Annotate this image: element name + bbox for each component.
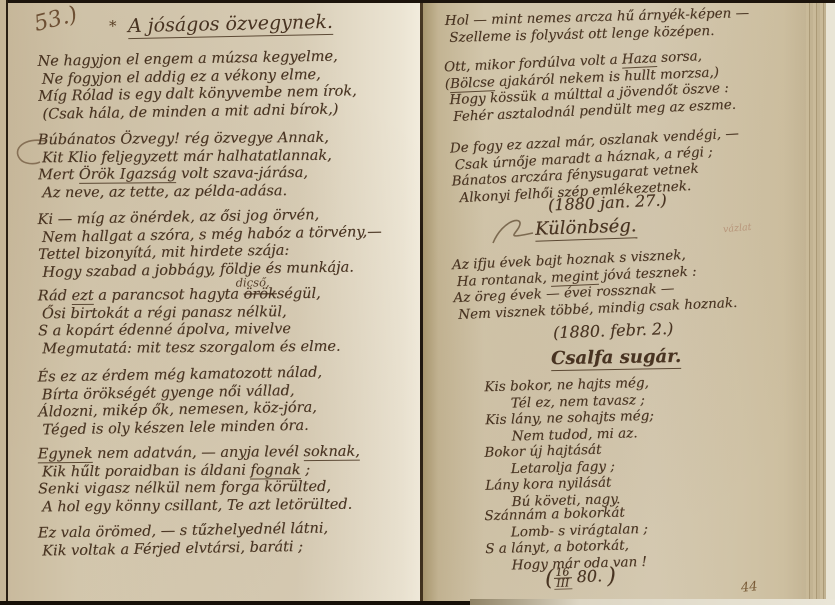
poem-title-csalfa: Csalfa sugár. [551, 346, 682, 369]
page-number: 44 [740, 579, 758, 596]
date-fraction: (16III 80. ) [545, 564, 617, 591]
line-part: Kik hűlt poraidban is áldani [42, 462, 251, 480]
line-part: nem adatván, — anyja levél [92, 444, 303, 462]
scan-edge-top [0, 0, 835, 3]
poem-line: Rád ezt a parancsot hagyta örökségül, [38, 286, 340, 306]
stanza: Egynek nem adatván, — anyja levél soknak… [38, 444, 361, 517]
close-paren: ) [607, 564, 616, 589]
scan-edge-bottom-light [470, 599, 835, 605]
underlined-word: fognak [250, 462, 300, 479]
poem-title-text: A jóságos özvegynek. [128, 11, 333, 39]
stanza: Szánnám a bokorkát Lomb- s virágtalan ; … [484, 504, 649, 574]
page-edge-stack [806, 3, 826, 605]
poem-line: Egynek nem adatván, — anyja levél soknak… [38, 444, 360, 464]
poem-line: Megmutatá: mit tesz szorgalom és elme. [42, 338, 340, 358]
stanza: Bokor új hajtását Letarolja fagy ; Lány … [484, 441, 620, 511]
underlined-word: soknak, [303, 444, 359, 461]
poem-line: A hol egy könny csillant, Te azt letörül… [42, 496, 360, 516]
poem-line: Mert Örök Igazság volt szava-járása, [38, 165, 332, 185]
manuscript-scan: 53.) * A jóságos özvegynek. Ne hagyjon e… [0, 0, 835, 605]
poem-line: Búbánatos Özvegy! rég özvegye Annak, [38, 130, 332, 150]
poem-title-josagos: A jóságos özvegynek. [128, 11, 333, 37]
line-part: sorsa, [656, 48, 702, 66]
scan-edge-left-line [6, 0, 8, 605]
line-part: volt szava-járása, [176, 165, 308, 182]
poem-title-text: Csalfa sugár. [551, 346, 682, 371]
underlined-word: ezt [71, 288, 93, 305]
date-annotation: (1880. febr. 2.) [553, 319, 674, 342]
line-part: ségül, [277, 286, 321, 302]
asterisk-mark: * [109, 17, 117, 35]
insertion-word: dicső, [236, 275, 270, 289]
date-annotation: (1880 jan. 27.) [548, 190, 667, 214]
stanza: Ott, mikor fordúlva volt a Haza sorsa, (… [444, 47, 737, 126]
fraction-denominator: III [554, 578, 572, 590]
fraction-date: 16III [553, 567, 572, 590]
stanza: Ne hagyjon el engem a múzsa kegyelme, Ne… [37, 48, 357, 124]
poem-title-kulonbseg: Különbség. [535, 215, 637, 240]
stanza: dicső, Rád ezt a parancsot hagyta öröksé… [38, 286, 341, 359]
stanza: Kis bokor, ne hajts még, Tél ez, nem tav… [484, 375, 654, 445]
stanza: És ez az érdem még kamatozott nálad, Bír… [37, 365, 323, 440]
stanza: Ez vala örömed, — s tűzhelyednél látni, … [38, 520, 329, 560]
flourish-swash-icon [491, 215, 535, 249]
underlined-words: Örök Igazság [79, 166, 177, 184]
stanza: Hol — mint nemes arcza hű árnyék-képen —… [445, 5, 750, 46]
stanza: Az ifju évek bajt hoznak s visznek, Ha r… [452, 245, 738, 323]
poem-line: Az neve, az tette, az példa-adása. [42, 182, 332, 202]
poem-line: Senki vigasz nélkül nem forga körülted, [38, 479, 360, 499]
line-part: ; [300, 462, 310, 478]
corner-number: 53.) [32, 2, 80, 37]
page-left: 53.) * A jóságos özvegynek. Ne hagyjon e… [8, 3, 420, 601]
pencil-note: vázlat [723, 222, 752, 235]
line-part: Mert [38, 167, 79, 183]
page-right: Hol — mint nemes arcza hű árnyék-képen —… [423, 3, 806, 601]
poem-title-text: Különbség. [535, 215, 637, 242]
stanza: Ki — míg az önérdek, az ősi jog örvén, N… [37, 206, 382, 282]
scan-edge-bottom-dark [0, 601, 470, 605]
year-text: 80. [576, 566, 602, 586]
line-part: Rád [38, 288, 72, 304]
scan-margin-right [826, 3, 835, 605]
stanza: Búbánatos Özvegy! rég özvegye Annak, Kit… [38, 130, 332, 203]
line-part: a parancsot hagyta [94, 287, 244, 304]
underlined-word: Egynek [38, 446, 93, 463]
